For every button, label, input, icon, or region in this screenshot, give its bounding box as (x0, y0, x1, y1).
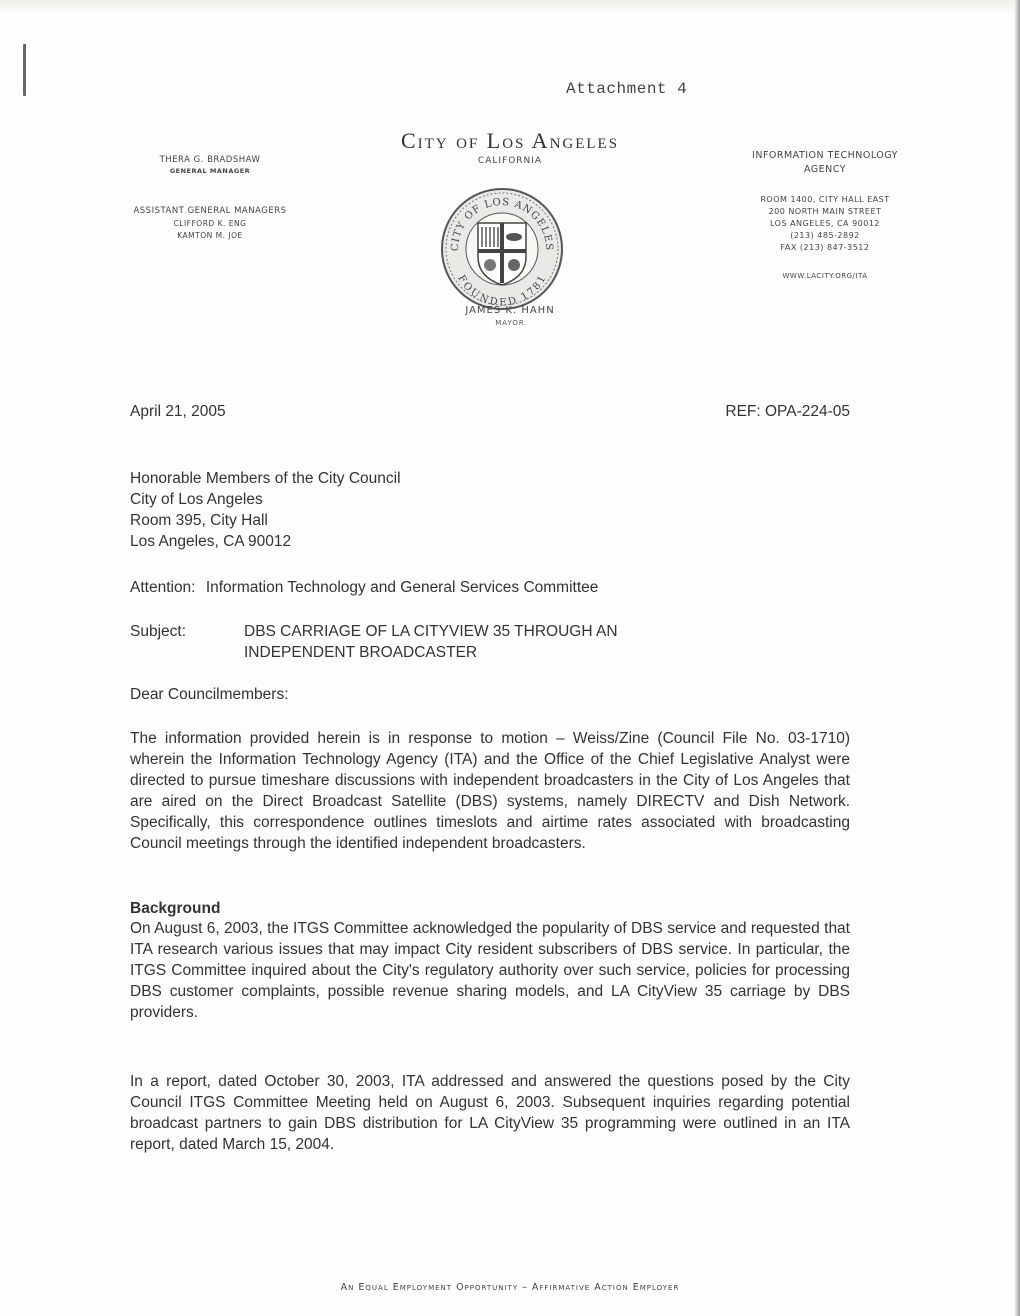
scan-border-top (0, 0, 1020, 14)
attachment-label: Attachment 4 (566, 80, 687, 98)
mayor-name: JAMES K. HAHN (430, 305, 590, 316)
city-title: City of Los Angeles (330, 128, 690, 154)
state-label: CALIFORNIA (430, 156, 590, 166)
letter-reference: REF: OPA-224-05 (710, 401, 850, 422)
background-paragraph-1: On August 6, 2003, the ITGS Committee ac… (130, 918, 850, 1023)
general-manager-name: THERA G. BRADSHAW (110, 155, 310, 165)
address-line-3: LOS ANGELES, CA 90012 (720, 219, 930, 228)
salutation: Dear Councilmembers: (130, 684, 850, 705)
footer-eeo: An Equal Employment Opportunity – Affirm… (230, 1282, 790, 1293)
scan-border-right (1014, 0, 1020, 1316)
subject-value: DBS CARRIAGE OF LA CITYVIEW 35 THROUGH A… (244, 621, 804, 663)
assistant-managers-title: ASSISTANT GENERAL MANAGERS (110, 206, 310, 216)
assistant-manager-1: CLIFFORD K. ENG (110, 219, 310, 228)
background-paragraph-2: In a report, dated October 30, 2003, ITA… (130, 1071, 850, 1155)
mayor-title: MAYOR (430, 319, 590, 327)
recipient-line: City of Los Angeles (130, 489, 850, 510)
attention-value: Information Technology and General Servi… (206, 579, 599, 596)
assistant-manager-2: KAMTON M. JOE (110, 231, 310, 240)
recipient-block: Honorable Members of the City Council Ci… (130, 468, 850, 552)
subject-line-1: DBS CARRIAGE OF LA CITYVIEW 35 THROUGH A… (244, 621, 804, 642)
attention-label: Attention: (130, 579, 196, 596)
intro-paragraph: The information provided herein is in re… (130, 728, 850, 854)
fax-number: FAX (213) 847-3512 (720, 243, 930, 252)
subject-line-2: INDEPENDENT BROADCASTER (244, 642, 804, 663)
agency-website: WWW.LACITY.ORG/ITA (720, 272, 930, 280)
city-seal-icon: CITY OF LOS ANGELES FOUNDED 1781 (438, 185, 566, 313)
scan-mark (23, 44, 26, 96)
general-manager-title: GENERAL MANAGER (110, 167, 310, 175)
phone-number: (213) 485-2892 (720, 231, 930, 240)
agency-name-line2: AGENCY (720, 164, 930, 175)
recipient-line: Honorable Members of the City Council (130, 468, 850, 489)
agency-name-line1: INFORMATION TECHNOLOGY (720, 150, 930, 161)
recipient-line: Room 395, City Hall (130, 510, 850, 531)
background-heading: Background (130, 898, 850, 919)
address-line-1: ROOM 1400, CITY HALL EAST (720, 195, 930, 204)
recipient-line: Los Angeles, CA 90012 (130, 531, 850, 552)
attention-line: Attention: Information Technology and Ge… (130, 577, 850, 598)
address-line-2: 200 NORTH MAIN STREET (720, 207, 930, 216)
